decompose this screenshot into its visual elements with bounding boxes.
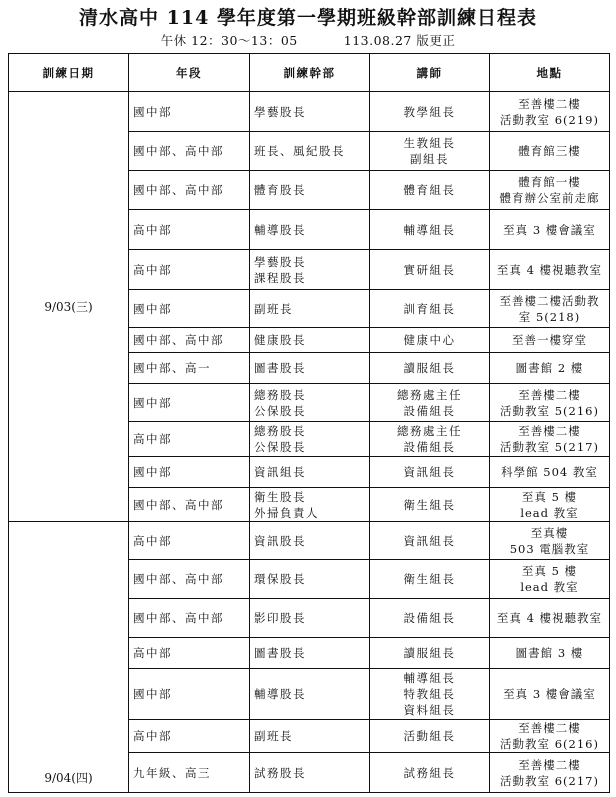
grade-cell: 高中部 — [129, 210, 250, 250]
grade-cell: 國中部、高中部 — [129, 328, 250, 353]
place-cell: 至真 3 樓會議室 — [490, 210, 610, 250]
grade-cell: 高中部 — [129, 638, 250, 669]
place-cell: 至善樓二樓活動教室 5(218) — [490, 290, 610, 328]
grade-cell: 國中部、高一 — [129, 353, 250, 384]
teacher-cell: 讀服組長 — [370, 638, 490, 669]
cadre-cell-line: 環保股長 — [254, 571, 365, 587]
grade-cell: 國中部 — [129, 457, 250, 488]
teacher-cell-line: 體育組長 — [374, 182, 485, 198]
teacher-cell-line: 資訊組長 — [374, 533, 485, 549]
teacher-cell: 總務處主任設備組長 — [370, 384, 490, 422]
place-cell-line: 至善樓二樓 — [494, 423, 605, 439]
teacher-cell: 衛生組長 — [370, 560, 490, 599]
grade-cell: 高中部 — [129, 422, 250, 457]
cadre-cell: 試務股長 — [250, 753, 370, 793]
grade-cell: 國中部 — [129, 290, 250, 328]
grade-cell: 九年級、高三 — [129, 753, 250, 793]
place-cell-line: 科學館 504 教室 — [494, 464, 605, 480]
place-cell-line: 至善樓二樓 — [494, 757, 605, 773]
teacher-cell-line: 設備組長 — [374, 610, 485, 626]
teacher-cell-line: 健康中心 — [374, 332, 485, 348]
teacher-cell-line: 生教組長 — [374, 135, 485, 151]
header-teacher: 講師 — [370, 54, 490, 92]
place-cell-line: 至真 4 樓視聽教室 — [494, 262, 605, 278]
place-cell-line: 至真 3 樓會議室 — [494, 686, 605, 702]
cadre-cell: 健康股長 — [250, 328, 370, 353]
cadre-cell: 輔導股長 — [250, 669, 370, 720]
cadre-cell: 輔導股長 — [250, 210, 370, 250]
teacher-cell-line: 衛生組長 — [374, 497, 485, 513]
place-cell-line: 圖書館 3 樓 — [494, 645, 605, 661]
teacher-cell-line: 讀服組長 — [374, 360, 485, 376]
place-cell: 圖書館 2 樓 — [490, 353, 610, 384]
teacher-cell-line: 特教組長 — [374, 686, 485, 702]
cadre-cell: 學藝股長 — [250, 92, 370, 132]
cadre-cell-line: 健康股長 — [254, 332, 365, 348]
header-cadre: 訓練幹部 — [250, 54, 370, 92]
cadre-cell: 資訊組長 — [250, 457, 370, 488]
teacher-cell-line: 副組長 — [374, 151, 485, 167]
place-cell-line: 體育辦公室前走廊 — [494, 190, 605, 206]
cadre-cell-line: 資訊股長 — [254, 533, 365, 549]
cadre-cell-line: 學藝股長 — [254, 254, 365, 270]
place-cell-line: 至真 4 樓視聽教室 — [494, 610, 605, 626]
place-cell: 至真 4 樓視聽教室 — [490, 599, 610, 638]
grade-cell: 國中部、高中部 — [129, 132, 250, 171]
teacher-cell: 健康中心 — [370, 328, 490, 353]
place-cell-line: 活動教室 6(217) — [494, 773, 605, 789]
place-cell-line: 體育館一樓 — [494, 174, 605, 190]
teacher-cell-line: 訓育組長 — [374, 301, 485, 317]
teacher-cell: 體育組長 — [370, 171, 490, 210]
cadre-cell-line: 班長、風紀股長 — [254, 143, 365, 159]
grade-cell: 國中部、高中部 — [129, 171, 250, 210]
place-cell-line: 至真 3 樓會議室 — [494, 222, 605, 238]
training-date-cell: 9/04(四) — [9, 522, 129, 793]
teacher-cell-line: 設備組長 — [374, 403, 485, 419]
cadre-cell: 資訊股長 — [250, 522, 370, 560]
teacher-cell-line: 資料組長 — [374, 702, 485, 718]
teacher-cell-line: 活動組長 — [374, 728, 485, 744]
grade-cell: 高中部 — [129, 522, 250, 560]
teacher-cell-line: 教學組長 — [374, 104, 485, 120]
place-cell-line: 室 5(218) — [494, 309, 605, 325]
teacher-cell: 教學組長 — [370, 92, 490, 132]
teacher-cell: 輔導組長特教組長資料組長 — [370, 669, 490, 720]
cadre-cell-line: 資訊組長 — [254, 464, 365, 480]
grade-cell: 國中部 — [129, 92, 250, 132]
teacher-cell: 讀服組長 — [370, 353, 490, 384]
place-cell-line: 至善樓二樓 — [494, 720, 605, 736]
place-cell-line: 至善一樓穿堂 — [494, 332, 605, 348]
place-cell: 體育館一樓體育辦公室前走廊 — [490, 171, 610, 210]
cadre-cell-line: 公保股長 — [254, 403, 365, 419]
place-cell: 體育館三樓 — [490, 132, 610, 171]
grade-cell: 國中部、高中部 — [129, 560, 250, 599]
header-grade: 年段 — [129, 54, 250, 92]
teacher-cell-line: 總務處主任 — [374, 423, 485, 439]
cadre-cell: 總務股長公保股長 — [250, 422, 370, 457]
place-cell-line: 至善樓二樓活動教 — [494, 293, 605, 309]
place-cell: 科學館 504 教室 — [490, 457, 610, 488]
teacher-cell: 實研組長 — [370, 250, 490, 290]
grade-cell: 高中部 — [129, 250, 250, 290]
teacher-cell-line: 衛生組長 — [374, 571, 485, 587]
teacher-cell: 活動組長 — [370, 720, 490, 753]
cadre-cell-line: 副班長 — [254, 728, 365, 744]
place-cell: 至真 5 樓lead 教室 — [490, 560, 610, 599]
cadre-cell-line: 公保股長 — [254, 439, 365, 455]
cadre-cell: 衛生股長外掃負責人 — [250, 488, 370, 522]
table-row: 9/03(三)國中部學藝股長教學組長至善樓二樓活動教室 6(219) — [9, 92, 610, 132]
cadre-cell-line: 試務股長 — [254, 765, 365, 781]
place-cell-line: 活動教室 6(219) — [494, 112, 605, 128]
cadre-cell-line: 輔導股長 — [254, 686, 365, 702]
cadre-cell-line: 衛生股長 — [254, 489, 365, 505]
header-row: 訓練日期 年段 訓練幹部 講師 地點 — [9, 54, 610, 92]
teacher-cell: 生教組長副組長 — [370, 132, 490, 171]
teacher-cell: 輔導組長 — [370, 210, 490, 250]
place-cell-line: 至真樓 — [494, 525, 605, 541]
grade-cell: 國中部、高中部 — [129, 599, 250, 638]
place-cell-line: 圖書館 2 樓 — [494, 360, 605, 376]
cadre-cell-line: 總務股長 — [254, 423, 365, 439]
cadre-cell-line: 圖書股長 — [254, 360, 365, 376]
place-cell: 至善樓二樓活動教室 6(217) — [490, 753, 610, 793]
cadre-cell-line: 總務股長 — [254, 387, 365, 403]
cadre-cell: 班長、風紀股長 — [250, 132, 370, 171]
place-cell: 至善樓二樓活動教室 5(216) — [490, 384, 610, 422]
teacher-cell-line: 輔導組長 — [374, 670, 485, 686]
place-cell: 至善樓二樓活動教室 6(216) — [490, 720, 610, 753]
place-cell: 至真 3 樓會議室 — [490, 669, 610, 720]
document-title: 清水高中 114 學年度第一學期班級幹部訓練日程表 — [0, 6, 616, 30]
cadre-cell-line: 輔導股長 — [254, 222, 365, 238]
teacher-cell-line: 讀服組長 — [374, 645, 485, 661]
grade-cell: 國中部、高中部 — [129, 488, 250, 522]
teacher-cell-line: 實研組長 — [374, 262, 485, 278]
place-cell: 圖書館 3 樓 — [490, 638, 610, 669]
cadre-cell-line: 學藝股長 — [254, 104, 365, 120]
table-row: 9/04(四)高中部資訊股長資訊組長至真樓503 電腦教室 — [9, 522, 610, 560]
cadre-cell: 環保股長 — [250, 560, 370, 599]
cadre-cell-line: 副班長 — [254, 301, 365, 317]
header-date: 訓練日期 — [9, 54, 129, 92]
cadre-cell: 總務股長公保股長 — [250, 384, 370, 422]
place-cell: 至善一樓穿堂 — [490, 328, 610, 353]
teacher-cell: 試務組長 — [370, 753, 490, 793]
place-cell-line: 活動教室 5(216) — [494, 403, 605, 419]
training-date-cell: 9/03(三) — [9, 92, 129, 522]
place-cell-line: 活動教室 5(217) — [494, 439, 605, 455]
place-cell-line: 至真 5 樓 — [494, 563, 605, 579]
place-cell-line: lead 教室 — [494, 579, 605, 595]
teacher-cell: 總務處主任設備組長 — [370, 422, 490, 457]
schedule-body: 9/03(三)國中部學藝股長教學組長至善樓二樓活動教室 6(219)國中部、高中… — [9, 92, 610, 793]
place-cell-line: lead 教室 — [494, 505, 605, 521]
teacher-cell-line: 總務處主任 — [374, 387, 485, 403]
place-cell: 至善樓二樓活動教室 5(217) — [490, 422, 610, 457]
cadre-cell: 體育股長 — [250, 171, 370, 210]
place-cell-line: 至真 5 樓 — [494, 489, 605, 505]
place-cell: 至真 4 樓視聽教室 — [490, 250, 610, 290]
grade-cell: 國中部 — [129, 669, 250, 720]
cadre-cell-line: 外掃負責人 — [254, 505, 365, 521]
place-cell-line: 至善樓二樓 — [494, 96, 605, 112]
time-note: 午休 12：30～13：05 — [161, 33, 298, 48]
cadre-cell-line: 影印股長 — [254, 610, 365, 626]
grade-cell: 高中部 — [129, 720, 250, 753]
cadre-cell: 圖書股長 — [250, 638, 370, 669]
teacher-cell: 衛生組長 — [370, 488, 490, 522]
cadre-cell-line: 課程股長 — [254, 270, 365, 286]
teacher-cell-line: 試務組長 — [374, 765, 485, 781]
teacher-cell: 資訊組長 — [370, 457, 490, 488]
place-cell-line: 503 電腦教室 — [494, 541, 605, 557]
place-cell-line: 至善樓二樓 — [494, 387, 605, 403]
place-cell: 至真樓503 電腦教室 — [490, 522, 610, 560]
cadre-cell-line: 體育股長 — [254, 182, 365, 198]
grade-cell: 國中部 — [129, 384, 250, 422]
cadre-cell-line: 圖書股長 — [254, 645, 365, 661]
place-cell: 至真 5 樓lead 教室 — [490, 488, 610, 522]
header-place: 地點 — [490, 54, 610, 92]
teacher-cell-line: 設備組長 — [374, 439, 485, 455]
cadre-cell: 影印股長 — [250, 599, 370, 638]
cadre-cell: 學藝股長課程股長 — [250, 250, 370, 290]
cadre-cell: 副班長 — [250, 720, 370, 753]
document-subtitle: 午休 12：30～13：05113.08.27 版更正 — [0, 33, 616, 49]
cadre-cell: 副班長 — [250, 290, 370, 328]
teacher-cell: 訓育組長 — [370, 290, 490, 328]
teacher-cell: 資訊組長 — [370, 522, 490, 560]
revision-note: 113.08.27 版更正 — [344, 33, 456, 48]
teacher-cell-line: 資訊組長 — [374, 464, 485, 480]
teacher-cell: 設備組長 — [370, 599, 490, 638]
place-cell-line: 體育館三樓 — [494, 143, 605, 159]
schedule-table: 訓練日期 年段 訓練幹部 講師 地點 9/03(三)國中部學藝股長教學組長至善樓… — [8, 53, 610, 793]
place-cell: 至善樓二樓活動教室 6(219) — [490, 92, 610, 132]
teacher-cell-line: 輔導組長 — [374, 222, 485, 238]
cadre-cell: 圖書股長 — [250, 353, 370, 384]
place-cell-line: 活動教室 6(216) — [494, 736, 605, 752]
